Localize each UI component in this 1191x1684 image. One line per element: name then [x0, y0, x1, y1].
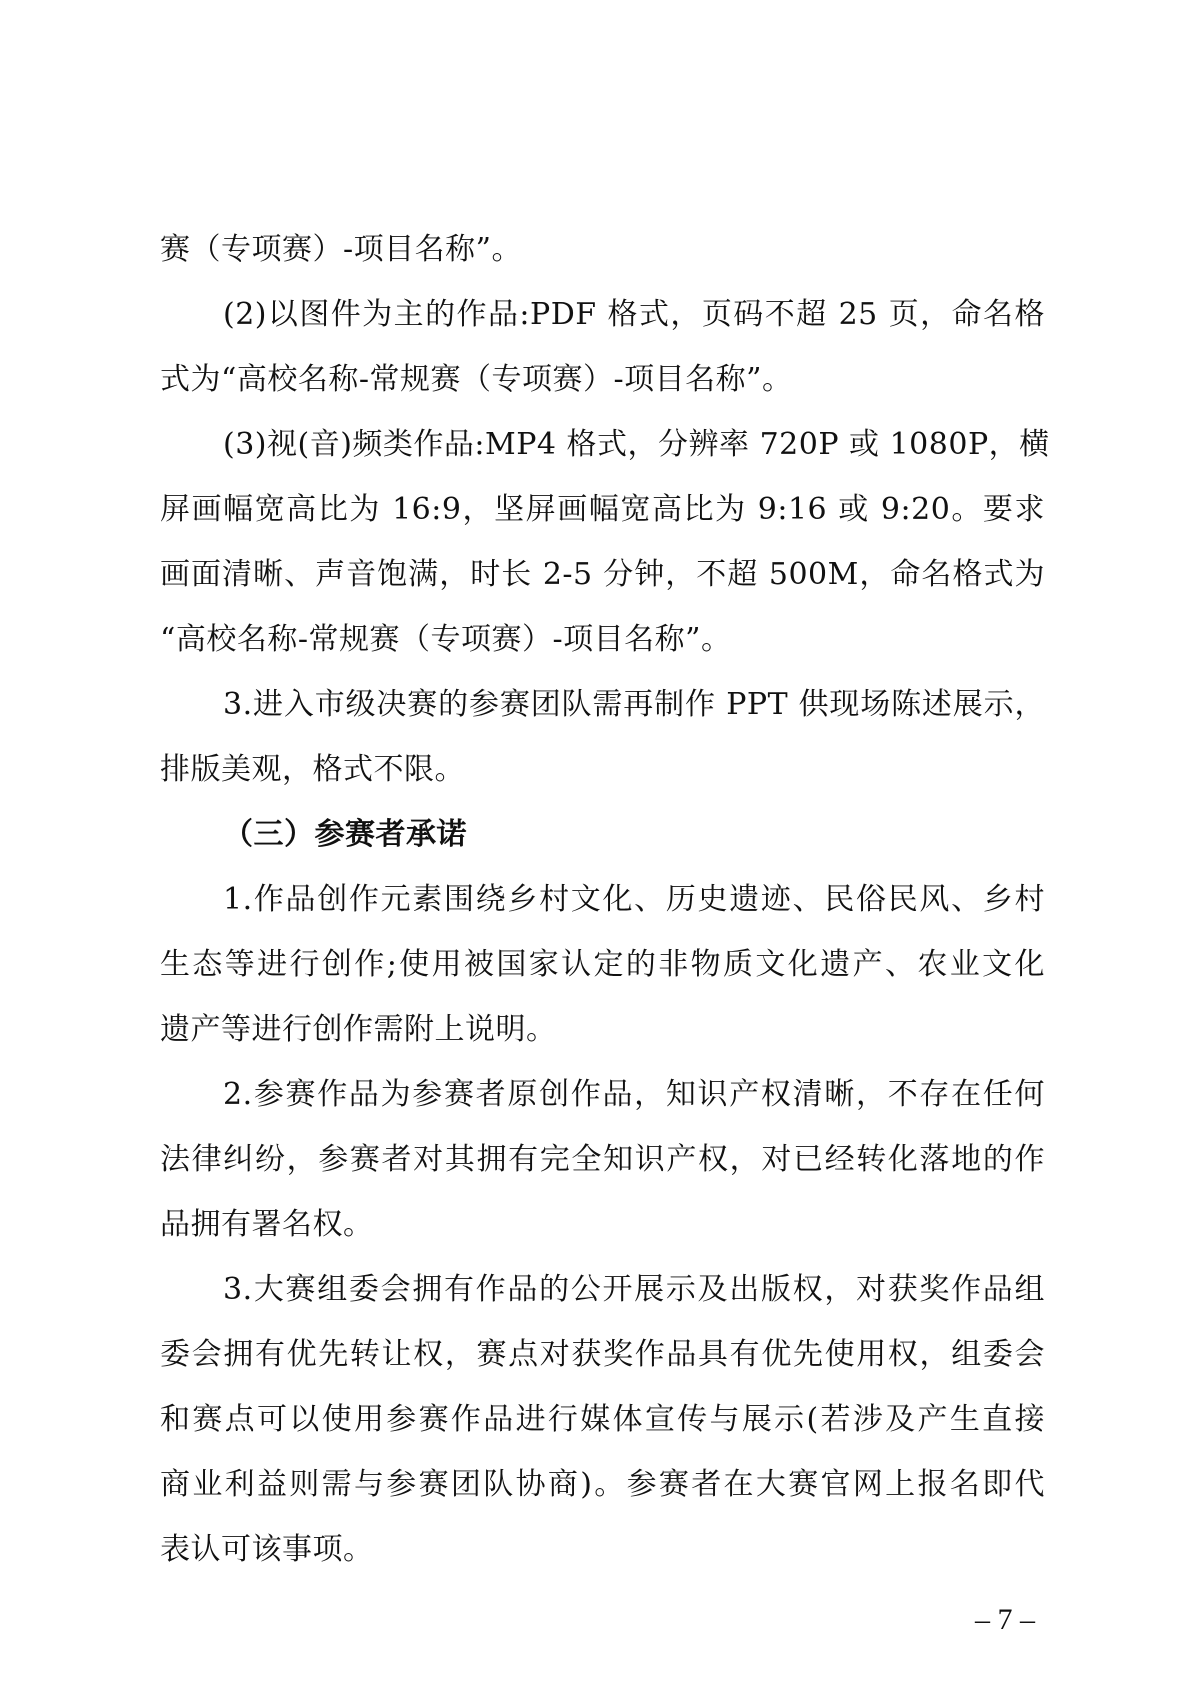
- paragraph-line: 排版美观，格式不限。: [160, 750, 1045, 790]
- paragraph-line: 生态等进行创作;使用被国家认定的非物质文化遗产、农业文化: [160, 945, 1045, 985]
- paragraph-line: 法律纠纷，参赛者对其拥有完全知识产权，对已经转化落地的作: [160, 1140, 1045, 1180]
- paragraph-line: 表认可该事项。: [160, 1530, 1045, 1570]
- page-number: – 7 –: [960, 1600, 1050, 1640]
- paragraph-line: “高校名称-常规赛（专项赛）-项目名称”。: [160, 620, 1045, 660]
- paragraph-line: 1.作品创作元素围绕乡村文化、历史遗迹、民俗民风、乡村: [223, 880, 1045, 920]
- paragraph-line: 画面清晰、声音饱满，时长 2-5 分钟，不超 500M，命名格式为: [160, 555, 1045, 595]
- paragraph-line: (2)以图件为主的作品:PDF 格式，页码不超 25 页，命名格: [223, 295, 1045, 335]
- paragraph-line: 商业利益则需与参赛团队协商)。参赛者在大赛官网上报名即代: [160, 1465, 1045, 1505]
- paragraph-line: 屏画幅宽高比为 16:9，坚屏画幅宽高比为 9:16 或 9:20。要求: [160, 490, 1045, 530]
- paragraph-line: 品拥有署名权。: [160, 1205, 1045, 1245]
- paragraph-line: 赛（专项赛）-项目名称”。: [160, 230, 1045, 270]
- paragraph-line: 2.参赛作品为参赛者原创作品，知识产权清晰，不存在任何: [223, 1075, 1045, 1115]
- paragraph-line: 遗产等进行创作需附上说明。: [160, 1010, 1045, 1050]
- paragraph-line: 3.进入市级决赛的参赛团队需再制作 PPT 供现场陈述展示，: [223, 685, 1045, 725]
- section-heading: （三）参赛者承诺: [223, 815, 1045, 855]
- paragraph-line: 3.大赛组委会拥有作品的公开展示及出版权，对获奖作品组: [223, 1270, 1045, 1310]
- paragraph-line: (3)视(音)频类作品:MP4 格式，分辨率 720P 或 1080P，横: [223, 425, 1045, 465]
- paragraph-line: 和赛点可以使用参赛作品进行媒体宣传与展示(若涉及产生直接: [160, 1400, 1045, 1440]
- paragraph-line: 委会拥有优先转让权，赛点对获奖作品具有优先使用权，组委会: [160, 1335, 1045, 1375]
- document-page: 赛（专项赛）-项目名称”。 (2)以图件为主的作品:PDF 格式，页码不超 25…: [0, 0, 1191, 1684]
- paragraph-line: 式为“高校名称-常规赛（专项赛）-项目名称”。: [160, 360, 1045, 400]
